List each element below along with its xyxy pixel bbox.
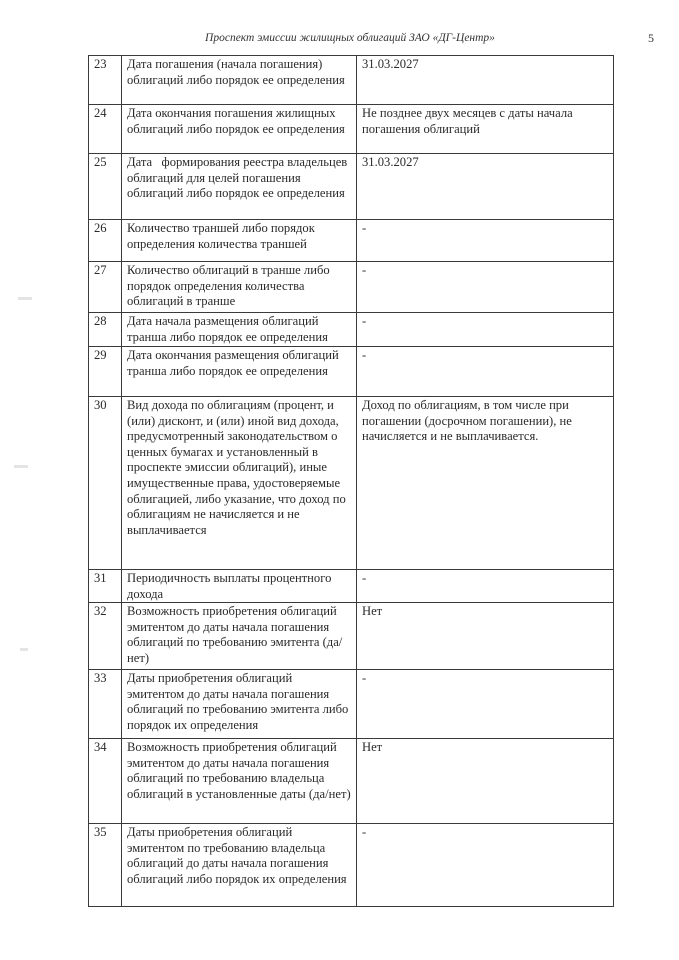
row-description: Возможность приобретения облигаций эмите… — [122, 739, 357, 824]
row-description: Даты приобретения облигаций эмитентом до… — [122, 670, 357, 739]
scan-artifact — [18, 297, 32, 300]
row-value: 31.03.2027 — [357, 56, 614, 105]
table-row: 25 Дата формирования реестра владельцев … — [89, 154, 614, 220]
scan-artifact — [20, 648, 28, 651]
row-description: Дата погашения (начала погашения) облига… — [122, 56, 357, 105]
row-description: Вид дохода по облигациям (процент, и (ил… — [122, 397, 357, 570]
row-number: 35 — [89, 824, 122, 907]
table-row: 31 Периодичность выплаты процентного дох… — [89, 570, 614, 603]
table-row: 35 Даты приобретения облигаций эмитентом… — [89, 824, 614, 907]
bond-parameters-table: 23 Дата погашения (начала погашения) обл… — [88, 55, 614, 907]
row-number: 34 — [89, 739, 122, 824]
row-value: - — [357, 220, 614, 262]
row-description: Количество облигаций в транше либо поряд… — [122, 262, 357, 313]
row-description: Периодичность выплаты процентного дохода — [122, 570, 357, 603]
row-description: Дата окончания размещения облигаций тран… — [122, 347, 357, 397]
table-row: 26 Количество траншей либо порядок опред… — [89, 220, 614, 262]
row-value: Доход по облигациям, в том числе при пог… — [357, 397, 614, 570]
table-row: 28 Дата начала размещения облигаций тран… — [89, 313, 614, 347]
row-number: 29 — [89, 347, 122, 397]
table-row: 24 Дата окончания погашения жилищных обл… — [89, 105, 614, 154]
scan-artifact — [14, 465, 28, 468]
row-description: Даты приобретения облигаций эмитентом по… — [122, 824, 357, 907]
row-description: Дата начала размещения облигаций транша … — [122, 313, 357, 347]
row-number: 31 — [89, 570, 122, 603]
table-row: 32 Возможность приобретения облигаций эм… — [89, 603, 614, 670]
row-value: Нет — [357, 603, 614, 670]
row-value: Не позднее двух месяцев с даты начала по… — [357, 105, 614, 154]
row-value: - — [357, 313, 614, 347]
document-header-title: Проспект эмиссии жилищных облигаций ЗАО … — [150, 32, 550, 44]
table-row: 27 Количество облигаций в транше либо по… — [89, 262, 614, 313]
row-value: - — [357, 824, 614, 907]
table-row: 33 Даты приобретения облигаций эмитентом… — [89, 670, 614, 739]
row-number: 24 — [89, 105, 122, 154]
row-value: Нет — [357, 739, 614, 824]
row-value: - — [357, 570, 614, 603]
row-description: Дата окончания погашения жилищных облига… — [122, 105, 357, 154]
page-number: 5 — [648, 31, 654, 46]
row-number: 25 — [89, 154, 122, 220]
row-number: 23 — [89, 56, 122, 105]
table-row: 30 Вид дохода по облигациям (процент, и … — [89, 397, 614, 570]
row-value: 31.03.2027 — [357, 154, 614, 220]
row-number: 26 — [89, 220, 122, 262]
row-description: Возможность приобретения облигаций эмите… — [122, 603, 357, 670]
table-row: 34 Возможность приобретения облигаций эм… — [89, 739, 614, 824]
row-description: Количество траншей либо порядок определе… — [122, 220, 357, 262]
row-number: 32 — [89, 603, 122, 670]
row-number: 33 — [89, 670, 122, 739]
row-value: - — [357, 347, 614, 397]
row-description: Дата формирования реестра владельцев обл… — [122, 154, 357, 220]
table-row: 29 Дата окончания размещения облигаций т… — [89, 347, 614, 397]
row-value: - — [357, 670, 614, 739]
row-value: - — [357, 262, 614, 313]
row-number: 30 — [89, 397, 122, 570]
row-number: 27 — [89, 262, 122, 313]
table-row: 23 Дата погашения (начала погашения) обл… — [89, 56, 614, 105]
row-number: 28 — [89, 313, 122, 347]
